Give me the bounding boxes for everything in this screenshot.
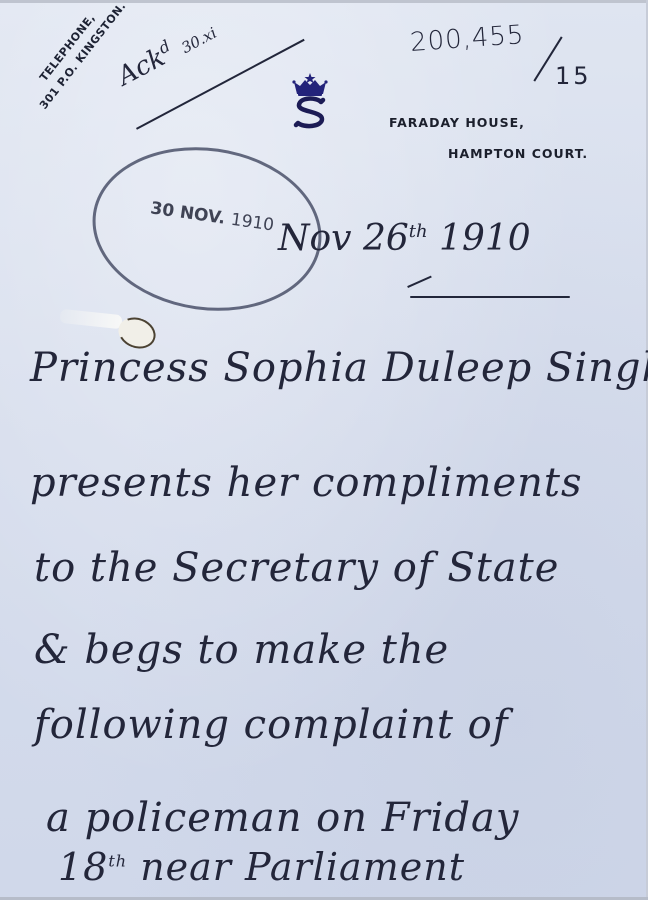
reference-sub-number: 15 [555, 62, 592, 90]
date-day: Nov 26 [278, 218, 409, 259]
paper-tear [59, 309, 122, 329]
last-line-text: near Parliament [140, 845, 465, 889]
letter-page: TELEPHONE, 301 P.O. KINGSTON. FARADAY HO… [0, 0, 648, 900]
date-sup: th [409, 221, 428, 242]
letter-line: a policeman on Friday [46, 795, 519, 841]
reference-number: 200,455 [409, 20, 525, 58]
acknowledged-note: Ackd30.xi [112, 14, 221, 92]
letter-line: to the Secretary of State [34, 545, 559, 591]
date-year: 1910 [439, 218, 531, 259]
letter-line: & begs to make the [34, 627, 449, 673]
crowned-monogram-icon [290, 72, 330, 132]
letter-line: presents her compliments [30, 460, 583, 506]
date-flourish [410, 296, 570, 298]
last-line-day: 18 [58, 845, 108, 889]
address-line-2: HAMPTON COURT. [448, 146, 588, 161]
ack-date: 30.xi [178, 23, 219, 56]
letter-date: Nov 26th 1910 [278, 218, 531, 259]
last-line-sup: th [108, 851, 127, 870]
address-line-1: FARADAY HOUSE, [389, 115, 525, 130]
letter-line: Princess Sophia Duleep Singh [30, 345, 648, 391]
letter-line: 18th near Parliament [58, 845, 465, 889]
letter-line: following complaint of [34, 702, 509, 748]
letterhead-telephone: TELEPHONE, 301 P.O. KINGSTON. [22, 0, 130, 113]
